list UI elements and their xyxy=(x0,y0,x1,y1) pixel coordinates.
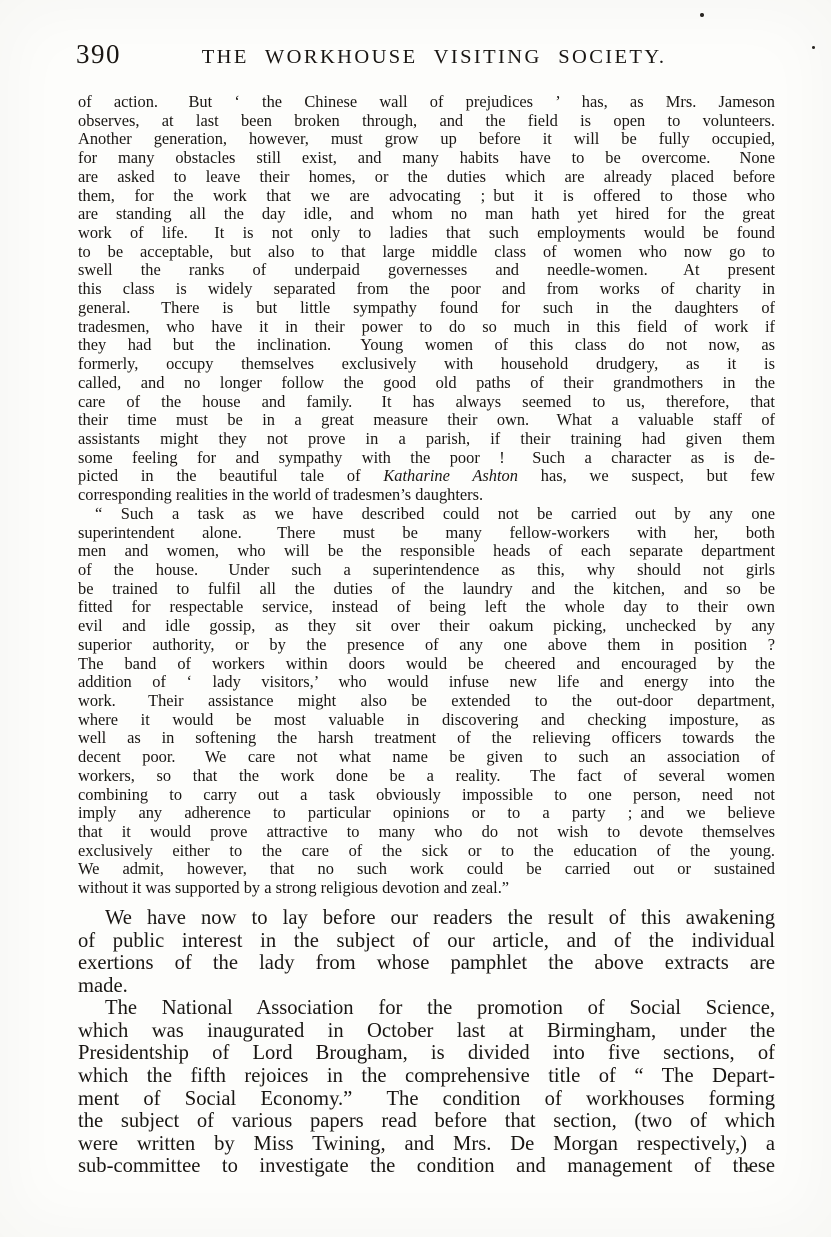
paragraph-extract-2: “ Such a task as we have described could… xyxy=(78,505,775,898)
paragraph-extract-1: of action. But ‘ the Chinese wall of pre… xyxy=(78,93,775,505)
text-line: fitted for respectable service, instead … xyxy=(78,598,775,617)
text-line: We admit, however, that no such work cou… xyxy=(78,860,775,879)
text-line: work of life. It is not only to ladies t… xyxy=(78,224,775,243)
text-line: We have now to lay before our readers th… xyxy=(78,907,775,930)
text-line: combining to carry out a task obviously … xyxy=(78,786,775,805)
page-header: 390 THE WORKHOUSE VISITING SOCIETY. xyxy=(0,0,831,74)
text-segment: picted in the beautiful tale of xyxy=(78,466,383,485)
text-line: evil and idle gossip, as they sit over t… xyxy=(78,617,775,636)
text-line: decent poor. We care not what name be gi… xyxy=(78,748,775,767)
text-line: workers, so that the work done be a real… xyxy=(78,767,775,786)
text-line: were written by Miss Twining, and Mrs. D… xyxy=(78,1133,775,1156)
text-line: Presidentship of Lord Brougham, is divid… xyxy=(78,1042,775,1065)
text-line: of public interest in the subject of our… xyxy=(78,930,775,953)
text-line: The National Association for the promoti… xyxy=(78,997,775,1020)
text-line: of the house. Under such a superintenden… xyxy=(78,561,775,580)
page-text: of action. But ‘ the Chinese wall of pre… xyxy=(78,93,775,1178)
text-line: general. There is but little sympathy fo… xyxy=(78,299,775,318)
text-line: The band of workers within doors would b… xyxy=(78,655,775,674)
book-page: 390 THE WORKHOUSE VISITING SOCIETY. of a… xyxy=(0,0,831,1237)
text-line: observes, at last been broken through, a… xyxy=(78,112,775,131)
text-line: for many obstacles still exist, and many… xyxy=(78,149,775,168)
text-line: are asked to leave their homes, or the d… xyxy=(78,168,775,187)
text-line: assistants might they not prove in a par… xyxy=(78,430,775,449)
text-line: tradesmen, who have it in their power to… xyxy=(78,318,775,337)
text-line: they had but the inclination. Young wome… xyxy=(78,336,775,355)
text-line: formerly, occupy themselves exclusively … xyxy=(78,355,775,374)
text-line: exclusively either to the care of the si… xyxy=(78,842,775,861)
text-line: which was inaugurated in October last at… xyxy=(78,1020,775,1043)
text-line: this class is widely separated from the … xyxy=(78,280,775,299)
text-line: which the fifth rejoices in the comprehe… xyxy=(78,1065,775,1088)
text-line: well as in softening the harsh treatment… xyxy=(78,729,775,748)
text-segment: has, we suspect, but few xyxy=(518,466,775,485)
book-title-italic: Katharine Ashton xyxy=(383,466,518,485)
text-line: of action. But ‘ the Chinese wall of pre… xyxy=(78,93,775,112)
text-line: that it would prove attractive to many w… xyxy=(78,823,775,842)
text-line: exertions of the lady from whose pamphle… xyxy=(78,952,775,975)
text-line: made. xyxy=(78,975,775,998)
text-line: their time must be in a great measure th… xyxy=(78,411,775,430)
text-line: corresponding realities in the world of … xyxy=(78,486,775,505)
text-line: superior authority, or by the presence o… xyxy=(78,636,775,655)
text-line: swell the ranks of underpaid governesses… xyxy=(78,261,775,280)
text-line: some feeling for and sympathy with the p… xyxy=(78,449,775,468)
text-line: superintendent alone. There must be many… xyxy=(78,524,775,543)
text-line: “ Such a task as we have described could… xyxy=(78,505,775,524)
running-title: THE WORKHOUSE VISITING SOCIETY. xyxy=(202,46,667,68)
text-line: sub-committee to investigate the conditi… xyxy=(78,1155,775,1178)
text-line: the subject of various papers read befor… xyxy=(78,1110,775,1133)
text-line: are standing all the day idle, and whom … xyxy=(78,205,775,224)
paragraph-main-1: We have now to lay before our readers th… xyxy=(78,907,775,997)
text-line: imply any adherence to particular opinio… xyxy=(78,804,775,823)
text-line: work. Their assistance might also be ext… xyxy=(78,692,775,711)
text-line: men and women, who will be the responsib… xyxy=(78,542,775,561)
text-line: Another generation, however, must grow u… xyxy=(78,130,775,149)
text-line: picted in the beautiful tale of Katharin… xyxy=(78,467,775,486)
ink-speck xyxy=(747,1167,750,1170)
text-line: be trained to fulfil all the duties of t… xyxy=(78,580,775,599)
text-line: without it was supported by a strong rel… xyxy=(78,879,775,898)
text-line: called, and no longer follow the good ol… xyxy=(78,374,775,393)
text-line: ment of Social Economy.” The condition o… xyxy=(78,1088,775,1111)
text-line: addition of ‘ lady visitors,’ who would … xyxy=(78,673,775,692)
text-line: care of the house and family. It has alw… xyxy=(78,393,775,412)
text-line: them, for the work that we are advocatin… xyxy=(78,187,775,206)
text-line: where it would be most valuable in disco… xyxy=(78,711,775,730)
text-line: to be acceptable, but also to that large… xyxy=(78,243,775,262)
page-number: 390 xyxy=(76,40,121,68)
paragraph-main-2: The National Association for the promoti… xyxy=(78,997,775,1178)
